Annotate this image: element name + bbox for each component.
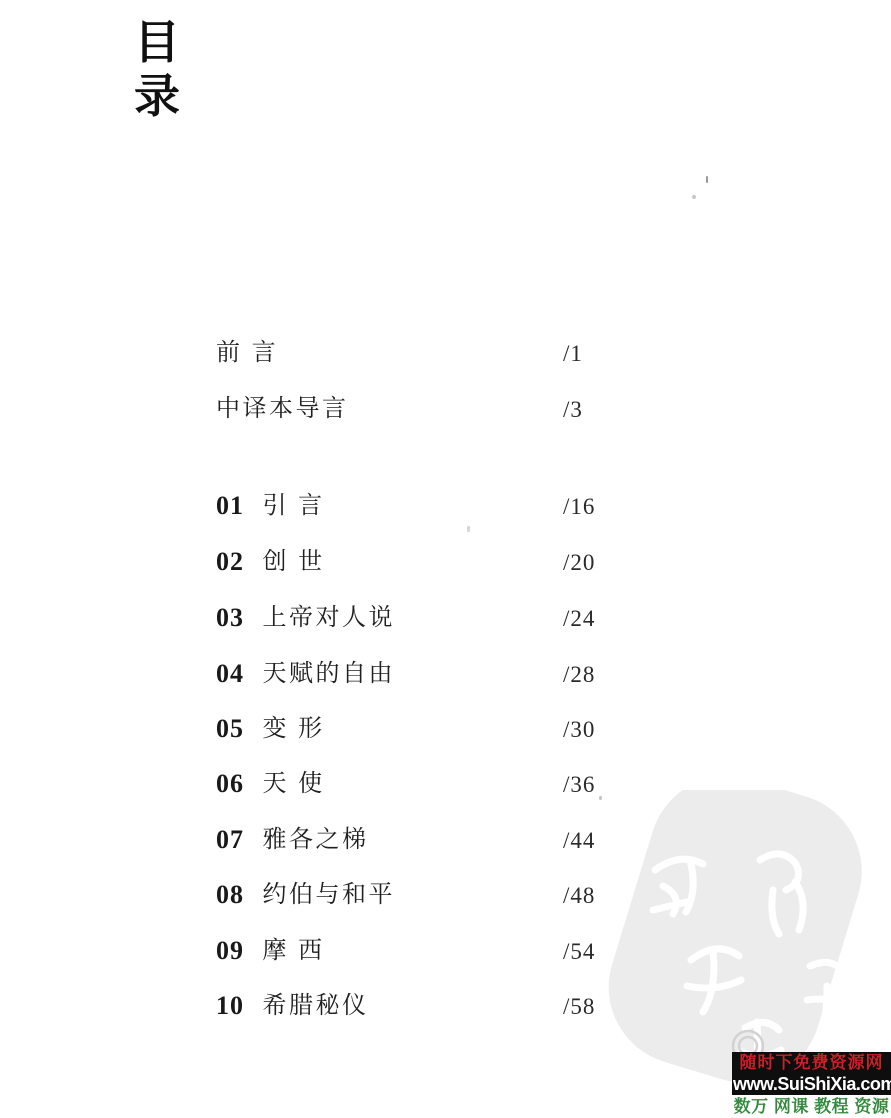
banner-tagline: 数万 网课 教程 资源 <box>732 1095 891 1118</box>
chapter-page: /3 <box>563 397 583 423</box>
toc-row: 07 雅各之梯 /44 <box>216 825 368 857</box>
chapter-title: 上帝对人说 <box>262 603 395 633</box>
page-title-char-2: 录 <box>134 70 180 124</box>
chapter-title: 变 形 <box>262 714 324 744</box>
toc-row: 04 天赋的自由 /28 <box>216 659 395 691</box>
chapter-page: /20 <box>563 550 595 576</box>
chapter-page: /36 <box>563 772 595 798</box>
chapter-title: 引 言 <box>262 491 324 521</box>
chapter-page: /54 <box>563 939 595 965</box>
chapter-number: 02 <box>216 547 258 577</box>
scan-speck <box>692 195 696 199</box>
chapter-page: /30 <box>563 717 595 743</box>
chapter-title: 中译本导言 <box>216 394 349 424</box>
scanned-page: 目 录 前 言 /1 中译本导言 /3 01 引 言 /16 02 创 世 /2… <box>0 0 891 1118</box>
chapter-page: /1 <box>563 341 583 367</box>
scan-speck <box>467 526 470 532</box>
chapter-title: 摩 西 <box>262 936 324 966</box>
chapter-number: 08 <box>216 880 258 910</box>
chapter-number: 07 <box>216 825 258 855</box>
library-seal-watermark: PDG <box>595 790 891 1090</box>
chapter-page: /28 <box>563 662 595 688</box>
chapter-number: 05 <box>216 714 258 744</box>
chapter-title: 天赋的自由 <box>262 659 395 689</box>
toc-row: 08 约伯与和平 /48 <box>216 880 395 912</box>
table-of-contents: 前 言 /1 中译本导言 /3 01 引 言 /16 02 创 世 /20 03… <box>216 0 636 1118</box>
banner-site-url: www.SuiShiXia.com <box>732 1073 891 1095</box>
toc-row: 09 摩 西 /54 <box>216 936 325 968</box>
chapter-title: 天 使 <box>262 769 324 799</box>
chapter-page: /24 <box>563 606 595 632</box>
toc-row: 03 上帝对人说 /24 <box>216 603 395 635</box>
chapter-title: 雅各之梯 <box>262 825 368 855</box>
chapter-number: 04 <box>216 659 258 689</box>
toc-row: 前 言 /1 <box>216 338 278 370</box>
chapter-title: 希腊秘仪 <box>262 991 368 1021</box>
chapter-number: 09 <box>216 936 258 966</box>
chapter-title: 前 言 <box>216 338 278 368</box>
chapter-number: 06 <box>216 769 258 799</box>
chapter-number: 03 <box>216 603 258 633</box>
toc-row: 01 引 言 /16 <box>216 491 325 523</box>
chapter-number: 01 <box>216 491 258 521</box>
chapter-page: /16 <box>563 494 595 520</box>
page-title: 目 录 <box>134 16 180 124</box>
promo-watermark-banner: 随时下免费资源网 www.SuiShiXia.com 数万 网课 教程 资源 <box>732 1052 891 1118</box>
page-title-char-1: 目 <box>134 16 180 70</box>
toc-row: 02 创 世 /20 <box>216 547 325 579</box>
chapter-title: 约伯与和平 <box>262 880 395 910</box>
scan-speck <box>706 176 708 183</box>
toc-row: 10 希腊秘仪 /58 <box>216 991 368 1023</box>
chapter-page: /48 <box>563 883 595 909</box>
toc-row: 05 变 形 /30 <box>216 714 325 746</box>
chapter-number: 10 <box>216 991 258 1021</box>
chapter-title: 创 世 <box>262 547 324 577</box>
chapter-page: /58 <box>563 994 595 1020</box>
banner-site-name: 随时下免费资源网 <box>732 1052 891 1073</box>
toc-row: 06 天 使 /36 <box>216 769 325 801</box>
toc-row: 中译本导言 /3 <box>216 394 349 426</box>
chapter-page: /44 <box>563 828 595 854</box>
